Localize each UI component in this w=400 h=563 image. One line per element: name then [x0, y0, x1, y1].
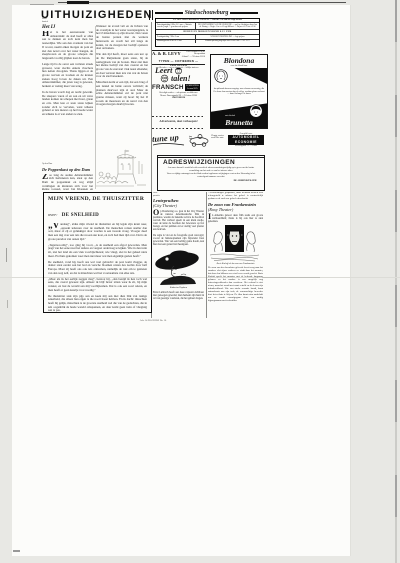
film2-venue: (Roxy Theater) — [208, 207, 263, 212]
scan-artifact-top-line — [58, 2, 346, 3]
column-rule-reviews — [206, 192, 207, 318]
film2-continuation: ...verwachtingen gespannen, maar niemand… — [208, 192, 263, 201]
schedule-row-5-left: Maandagavond 8 Mei 8.15 uur — [156, 40, 196, 44]
schedule-row-2-right: DE OPSTANDING VAN DE VREUGDE — spel in 4… — [196, 23, 259, 29]
film-review-frankenstein: ...verwachtingen gespannen, maar niemand… — [208, 192, 263, 319]
adres-heading: ADRESWIJZIGINGEN — [163, 159, 264, 166]
scan-artifact-left-dash-2 — [7, 300, 8, 308]
poppenkast-kicker: Op den Dam — [42, 163, 52, 166]
adres-signature: DE ADMINISTRATIE — [158, 180, 257, 183]
scan-artifact-top-dash — [30, 4, 54, 5]
dashed-rule-2 — [152, 128, 205, 129]
paragraph: De snelheid, vond hij, heeft ons wel vee… — [48, 261, 147, 276]
paragraph: De thuiszitter stak zijn pijp aan en kee… — [48, 295, 147, 314]
snelheid-body: „Vandaag", aldus mijn vriend de thuiszit… — [48, 223, 147, 320]
paragraph: In de haven wordt dag en nacht gewerkt. … — [42, 91, 93, 117]
adres-paragraph-1: Aan onze abonné's wordt beleefd verzocht… — [165, 167, 257, 172]
teacher-chip: B. MEESTERS Leeraar M.O. — [185, 84, 200, 90]
tune-up-text-2: voor elke auto — [211, 137, 224, 139]
article-heading-het-ij: Het IJ — [42, 25, 55, 30]
blondona-subtitle: voor het blonde haar — [211, 65, 267, 68]
brunette-medallion-icon — [249, 104, 263, 118]
puppet-theatre-sketch — [95, 147, 148, 188]
kicker-line-2: kroniek — [42, 21, 62, 24]
snelheid-headline: MIJN VRIEND, DE THUISZITTER — [48, 196, 151, 202]
paragraph: Wie den tijd heeft, moet eens een uur op… — [96, 53, 148, 79]
paragraph: Op Donderdag a.s. gaat in het City Theat… — [153, 210, 204, 232]
page-title: UITHUIZIGHEDEN — [41, 9, 153, 21]
frankenstein-illustration — [208, 224, 261, 262]
automobiel-economie-ad: Geregeld lezen: AUTOMOBIEL ECONOMIE Keiz… — [228, 133, 264, 148]
blonde-medallion-icon — [214, 69, 228, 83]
cartoon-face-glasses-icon — [160, 74, 169, 83]
scan-artifact-top-blob — [67, 1, 89, 4]
levy-address-2: A'dam-C. — Telefoon 35510 — [182, 56, 205, 58]
snelheid-subhead-over: over: — [48, 212, 58, 217]
film1-venue: (City Theater) — [153, 203, 204, 208]
actress-hat-illustration — [153, 249, 202, 286]
auto-ad-word-1: AUTOMOBIEL — [228, 135, 264, 140]
blondona-brunetta-ad: Blondona voor het blonde haar de afdoend… — [210, 54, 268, 129]
advertising-slogan: Adverteeren, doet verkoopen! — [152, 120, 205, 124]
article-column-a: Het is het eeuwenoude van Amsterdam: de … — [42, 31, 93, 163]
schedule-row-2-left: Zaterdagmiddag 6 Mei 2.15 uur — Matinée … — [156, 23, 196, 29]
box-inner-top-rule — [158, 157, 264, 158]
talen-line-3: AMSTERDAM — [152, 97, 205, 100]
snelheid-subhead: DE SNELHEID — [62, 213, 99, 218]
scan-artifact-left-dash — [6, 248, 7, 262]
rule-levy-bottom — [152, 64, 205, 65]
article-column-b: Wanneer de avond valt en de lichten van … — [96, 25, 148, 147]
talen-word: talen! — [171, 74, 191, 83]
paragraph: Zoo lang de oudste Amsterdammer zich her… — [42, 174, 93, 191]
schedule-row-4-right: VOLKSVOORSTELLING — lage prijzen — [196, 35, 259, 39]
paragraph: Wanneer de avond valt en de lichten van … — [96, 25, 148, 51]
brunetta-title: Brunetta — [211, 118, 267, 127]
film1-kicker-2: première — [153, 195, 160, 197]
paragraph: Lange tijd is de oever een verlaten stre… — [42, 63, 93, 89]
leert-talen-ad: Leert talen! FRANSCH B. MEESTERS Leeraar… — [152, 66, 205, 100]
schouwburg-header: Stadsschouwburg — [155, 10, 258, 16]
header-rule-right — [230, 12, 258, 14]
levy-name: A. & B. LEVY — [152, 51, 181, 56]
paragraph: Misschien komt er een tijd, dat een brug… — [96, 81, 148, 107]
scan-artifact-horizontal-segment — [262, 277, 320, 278]
scan-artifact-bottom-mark — [13, 550, 20, 552]
underline-swash-icon — [153, 143, 185, 147]
tune-up-ad: tune up Vlugge service voor elke auto — [152, 131, 226, 150]
schouwburg-schedule-box: N.V. HET AMSTERDAMSCH TOONEEL — Directie… — [155, 18, 260, 47]
dashed-rule-1 — [152, 116, 205, 117]
article-heading-poppenkast: De Poppenkast op den Dam — [42, 167, 90, 172]
schedule-row-4-left: Zondagmiddag 7 Mei 2 uur — [156, 35, 196, 39]
schouwburg-name: Stadsschouwburg — [185, 10, 229, 16]
paragraph: De zoon van den beruchten geleerde keert… — [208, 267, 263, 302]
paragraph: Het is het eeuwenoude van Amsterdam: de … — [42, 31, 93, 61]
schedule-row-5-right: Plaatsbespreking dagelijks van 10 tot 3 … — [196, 40, 259, 44]
newspaper-scan: { "colors": {"paper": "#fcfcfa", "ink": … — [0, 0, 400, 563]
paragraph: „Vandaag", aldus mijn vriend de thuiszit… — [48, 223, 147, 242]
scan-artifact-right-bar — [395, 0, 397, 563]
teacher-title: Leeraar M.O. — [187, 88, 198, 90]
header-rule-left — [155, 12, 183, 14]
snelheid-article-box: MIJN VRIEND, DE THUISZITTER over: DE SNE… — [43, 192, 152, 313]
cartoon-car-icon — [188, 133, 210, 147]
paragraph: De regie is vlot en de fotografie goed v… — [153, 234, 204, 247]
page-footer: Adv. 14 DAGENSE No. 10 — [103, 320, 203, 323]
blondona-body-text: de afdoende haarverzorging: een schoone … — [213, 88, 265, 96]
paragraph: „Maar als ik het eerlijk zeggen mag", be… — [48, 278, 147, 293]
film1-caption: Katharine Hepburn — [153, 287, 204, 290]
tune-up-text-1: Vlugge service — [211, 135, 224, 137]
paragraph: „Tegenwoordig", zoo ging hij voort, „is … — [48, 244, 147, 259]
levy-address-1: Den Texstraat 22 bij de Weesperstraat — [186, 51, 205, 56]
adreswijzigingen-box: ADRESWIJZIGINGEN Aan onze abonné's wordt… — [157, 155, 265, 191]
fransch-heading: FRANSCH — [152, 84, 184, 91]
auto-ad-bottom: Keizersgracht 73 — A'dam — [228, 145, 264, 148]
film-review-lentepruiken: Film- première Lentepruiken (City Theate… — [153, 192, 204, 319]
adres-paragraph-2: Voor een tijdige ontvangst van het blad … — [165, 173, 257, 178]
paragraph: In Amerika genoot deze film reeds een gr… — [208, 214, 263, 223]
paragraph: Ernst Lubitsch heeft aan deze rolprent z… — [153, 291, 204, 300]
blondona-title: Blondona — [211, 56, 267, 65]
poppenkast-paragraph-wrap: Zoo lang de oudste Amsterdammer zich her… — [42, 174, 93, 191]
